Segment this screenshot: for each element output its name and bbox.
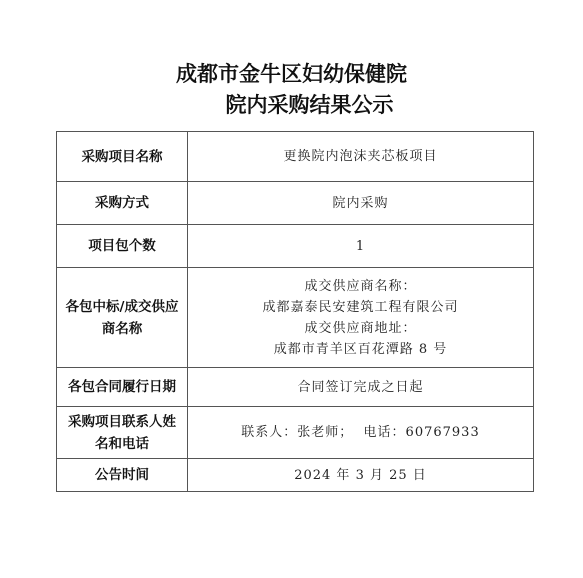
supplier-name-label: 成交供应商名称： xyxy=(192,276,529,297)
document-title-line1: 成都市金牛区妇幼保健院 xyxy=(0,58,583,88)
table-row: 项目包个数 1 xyxy=(57,225,534,268)
label-project-name: 采购项目名称 xyxy=(57,132,188,182)
label-contact-line1: 采购项目联系人姓 xyxy=(61,411,183,433)
value-announcement-date: 2024 年 3 月 25 日 xyxy=(188,459,534,492)
label-package-count: 项目包个数 xyxy=(57,225,188,268)
value-package-count: 1 xyxy=(188,225,534,268)
table-row: 各包中标/成交供应 商名称 成交供应商名称： 成都嘉泰民安建筑工程有限公司 成交… xyxy=(57,268,534,368)
value-project-name: 更换院内泡沫夹芯板项目 xyxy=(188,132,534,182)
table-row: 采购项目名称 更换院内泡沫夹芯板项目 xyxy=(57,132,534,182)
label-supplier-line1: 各包中标/成交供应 xyxy=(61,296,183,318)
label-supplier: 各包中标/成交供应 商名称 xyxy=(57,268,188,368)
label-procurement-method: 采购方式 xyxy=(57,182,188,225)
table-row: 各包合同履行日期 合同签订完成之日起 xyxy=(57,368,534,407)
table-row: 采购方式 院内采购 xyxy=(57,182,534,225)
supplier-name: 成都嘉泰民安建筑工程有限公司 xyxy=(192,297,529,318)
label-contact-line2: 名和电话 xyxy=(61,433,183,455)
value-contact: 联系人：张老师； 电话：60767933 xyxy=(188,407,534,459)
label-contact: 采购项目联系人姓 名和电话 xyxy=(57,407,188,459)
supplier-address: 成都市青羊区百花潭路 8 号 xyxy=(192,339,529,360)
label-contract-date: 各包合同履行日期 xyxy=(57,368,188,407)
table-row: 公告时间 2024 年 3 月 25 日 xyxy=(57,459,534,492)
label-supplier-line2: 商名称 xyxy=(61,318,183,340)
document-title-line2: 院内采购结果公示 xyxy=(18,89,583,119)
procurement-result-table: 采购项目名称 更换院内泡沫夹芯板项目 采购方式 院内采购 项目包个数 1 各包中… xyxy=(56,131,534,492)
table-row: 采购项目联系人姓 名和电话 联系人：张老师； 电话：60767933 xyxy=(57,407,534,459)
supplier-address-label: 成交供应商地址： xyxy=(192,318,529,339)
value-supplier: 成交供应商名称： 成都嘉泰民安建筑工程有限公司 成交供应商地址： 成都市青羊区百… xyxy=(188,268,534,368)
label-announcement-date: 公告时间 xyxy=(57,459,188,492)
value-procurement-method: 院内采购 xyxy=(188,182,534,225)
value-contract-date: 合同签订完成之日起 xyxy=(188,368,534,407)
